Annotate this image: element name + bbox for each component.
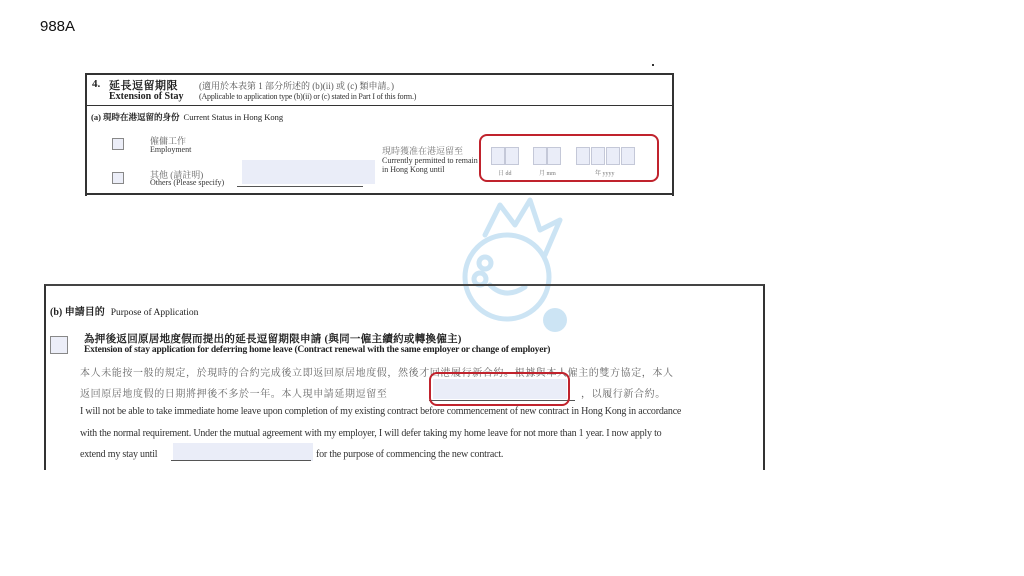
defer-home-leave-checkbox[interactable] [50, 336, 68, 354]
option-title-zh: 為押後返回原居地度假而提出的延長逗留期限申請 (與同一僱主續約或轉換僱主) [84, 331, 462, 346]
slide-label: 988A [40, 18, 75, 35]
others-specify-underline [237, 186, 363, 187]
others-checkbox[interactable] [112, 172, 124, 184]
body-en-line-3-suffix: for the purpose of commencing the new co… [316, 449, 503, 460]
employment-checkbox[interactable] [112, 138, 124, 150]
section-title-en: Extension of Stay [109, 91, 183, 102]
body-zh-line-2-prefix: 返回原居地度假的日期將押後不多於一年。本人現申請延期逗留至 [80, 385, 387, 400]
subsection-b-heading: (b) 申請目的Purpose of Application [50, 303, 198, 318]
permitted-until-label-en: Currently permitted to remain in Hong Ko… [382, 156, 482, 174]
section-4-header: 4. 延長逗留期限 Extension of Stay (適用於本表第 1 部分… [87, 75, 672, 106]
body-en-line-2: with the normal requirement. Under the m… [80, 428, 662, 439]
stray-dot [652, 64, 654, 66]
section-4-panel: 4. 延長逗留期限 Extension of Stay (適用於本表第 1 部分… [85, 73, 674, 196]
body-en-line-3-prefix: extend my stay until [80, 449, 157, 460]
section-b-panel: (b) 申請目的Purpose of Application 為押後返回原居地度… [44, 284, 765, 470]
section-4-bottom-border [87, 193, 672, 195]
extend-until-underline-en [171, 460, 311, 461]
others-label-en: Others (Please specify) [150, 178, 224, 187]
subsection-a-heading: (a) 現時在港逗留的身份Current Status in Hong Kong [91, 111, 283, 123]
extend-until-highlight-frame [429, 372, 570, 406]
extend-until-field-en[interactable] [173, 443, 313, 461]
option-title-en: Extension of stay application for deferr… [84, 345, 550, 355]
body-en-line-1: I will not be able to take immediate hom… [80, 406, 681, 417]
date-highlight-frame [479, 134, 659, 182]
employment-label-en: Employment [150, 145, 191, 154]
section-note-zh: (適用於本表第 1 部分所述的 (b)(ii) 或 (c) 類申請。) [199, 79, 394, 92]
section-note-en: (Applicable to application type (b)(ii) … [199, 92, 416, 101]
section-number: 4. [92, 78, 100, 90]
body-zh-line-2-suffix: ，以履行新合約。 [581, 385, 666, 400]
body-zh-line-1: 本人未能按一般的規定，於現時的合約完成後立即返回原居地度假，然後才回港履行新合約… [80, 364, 674, 379]
others-specify-field[interactable] [242, 160, 375, 184]
